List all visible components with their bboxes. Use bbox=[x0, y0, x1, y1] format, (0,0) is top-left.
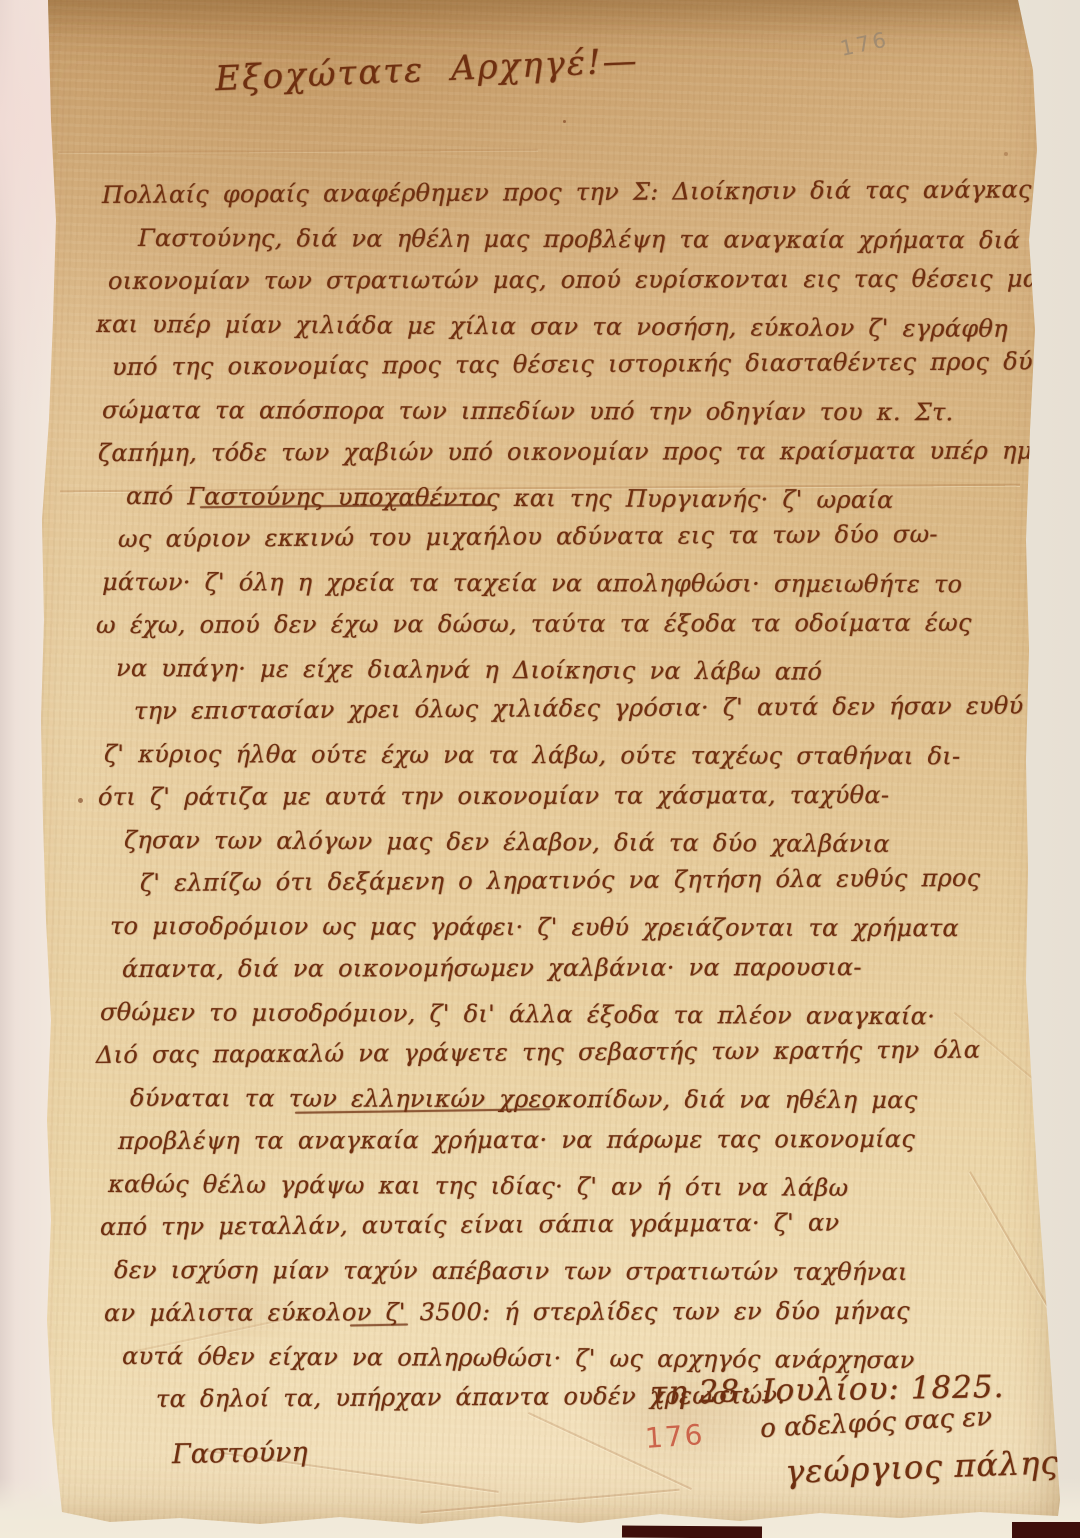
manuscript-line: προβλέψη τα αναγκαία χρήματα· να πάρωμε … bbox=[118, 1118, 1046, 1163]
fold-crease bbox=[58, 149, 538, 154]
letter-body: Πολλαίς φοραίς αναφέρθημεν προς την Σ: Δ… bbox=[96, 174, 1046, 1421]
manuscript-line: οικονομίαν των στρατιωτών μας, οπού ευρί… bbox=[108, 258, 1046, 303]
manuscript-line: την επιστασίαν χρει όλως χιλιάδες γρόσια… bbox=[134, 684, 1046, 733]
letter-heading: Εξοχώτατε Αρχηγέ!— bbox=[214, 41, 639, 99]
manuscript-line: δεν ισχύση μίαν ταχύν απέβασιν των στρατ… bbox=[114, 1249, 1046, 1294]
place-line: Γαστούνη bbox=[172, 1437, 308, 1470]
manuscript-line: το μισοδρόμιον ως μας γράφει· ζ' ευθύ χρ… bbox=[110, 905, 1046, 950]
manuscript-line: ζαπήμη, τόδε των χαβιών υπό οικονομίαν π… bbox=[98, 430, 1046, 475]
bottom-color-strip bbox=[622, 1526, 762, 1538]
letter-paper: Εξοχώτατε Αρχηγέ!— Πολλαίς φοραίς αναφέρ… bbox=[0, 0, 1080, 1538]
manuscript-line: αν μάλιστα εύκολον ζ' 3500: ή στερλίδες … bbox=[104, 1290, 1046, 1335]
signature-line: γεώργιος πάλης bbox=[784, 1443, 1059, 1491]
manuscript-line: ζ' ελπίζω ότι δεξάμενη ο ληρατινός να ζη… bbox=[140, 856, 1046, 905]
manuscript-line: ότι ζ' ράτιζα με αυτά την οικονομίαν τα … bbox=[98, 774, 1046, 819]
manuscript-line: Γαστούνης, διά να ηθέλη μας προβλέψη τα … bbox=[138, 217, 1046, 262]
manuscript-line: σώματα τα απόσπορα των ιππεδίων υπό την … bbox=[102, 389, 1046, 434]
manuscript-line: ζ' κύριος ήλθα ούτε έχω να τα λάβω, ούτε… bbox=[104, 733, 1046, 778]
ink-speck bbox=[78, 798, 83, 803]
manuscript-line: Διό σας παρακαλώ να γράψετε της σεβαστής… bbox=[96, 1028, 1046, 1077]
ink-speck bbox=[563, 120, 566, 123]
ink-speck bbox=[1004, 152, 1008, 156]
manuscript-line: Πολλαίς φοραίς αναφέρθημεν προς την Σ: Δ… bbox=[102, 168, 1046, 217]
red-page-number: 176 bbox=[644, 1418, 706, 1455]
bottom-color-strip bbox=[1012, 1522, 1080, 1538]
manuscript-line: άπαντα, διά να οικονομήσωμεν χαλβάνια· ν… bbox=[122, 946, 1046, 991]
photograph-backing: Εξοχώτατε Αρχηγέ!— Πολλαίς φοραίς αναφέρ… bbox=[0, 0, 1080, 1538]
manuscript-line: δύναται τα των ελληνικών χρεοκοπίδων, δι… bbox=[130, 1077, 1046, 1122]
manuscript-line: ω έχω, οπού δεν έχω να δώσω, ταύτα τα έξ… bbox=[96, 602, 1046, 647]
wrinkle-crease bbox=[1028, 20, 1080, 162]
manuscript-line: από την μεταλλάν, αυταίς είναι σάπια γρά… bbox=[100, 1200, 1046, 1249]
wrinkle-crease bbox=[420, 1489, 679, 1514]
pencil-page-number: 176 bbox=[838, 27, 891, 61]
manuscript-line: μάτων· ζ' όλη η χρεία τα ταχεία να απολη… bbox=[102, 561, 1046, 606]
manuscript-line: ως αύριον εκκινώ του μιχαήλου αδύνατα ει… bbox=[118, 512, 1046, 561]
manuscript-line: υπό της οικονομίας προς τας θέσεις ιστορ… bbox=[112, 340, 1046, 389]
